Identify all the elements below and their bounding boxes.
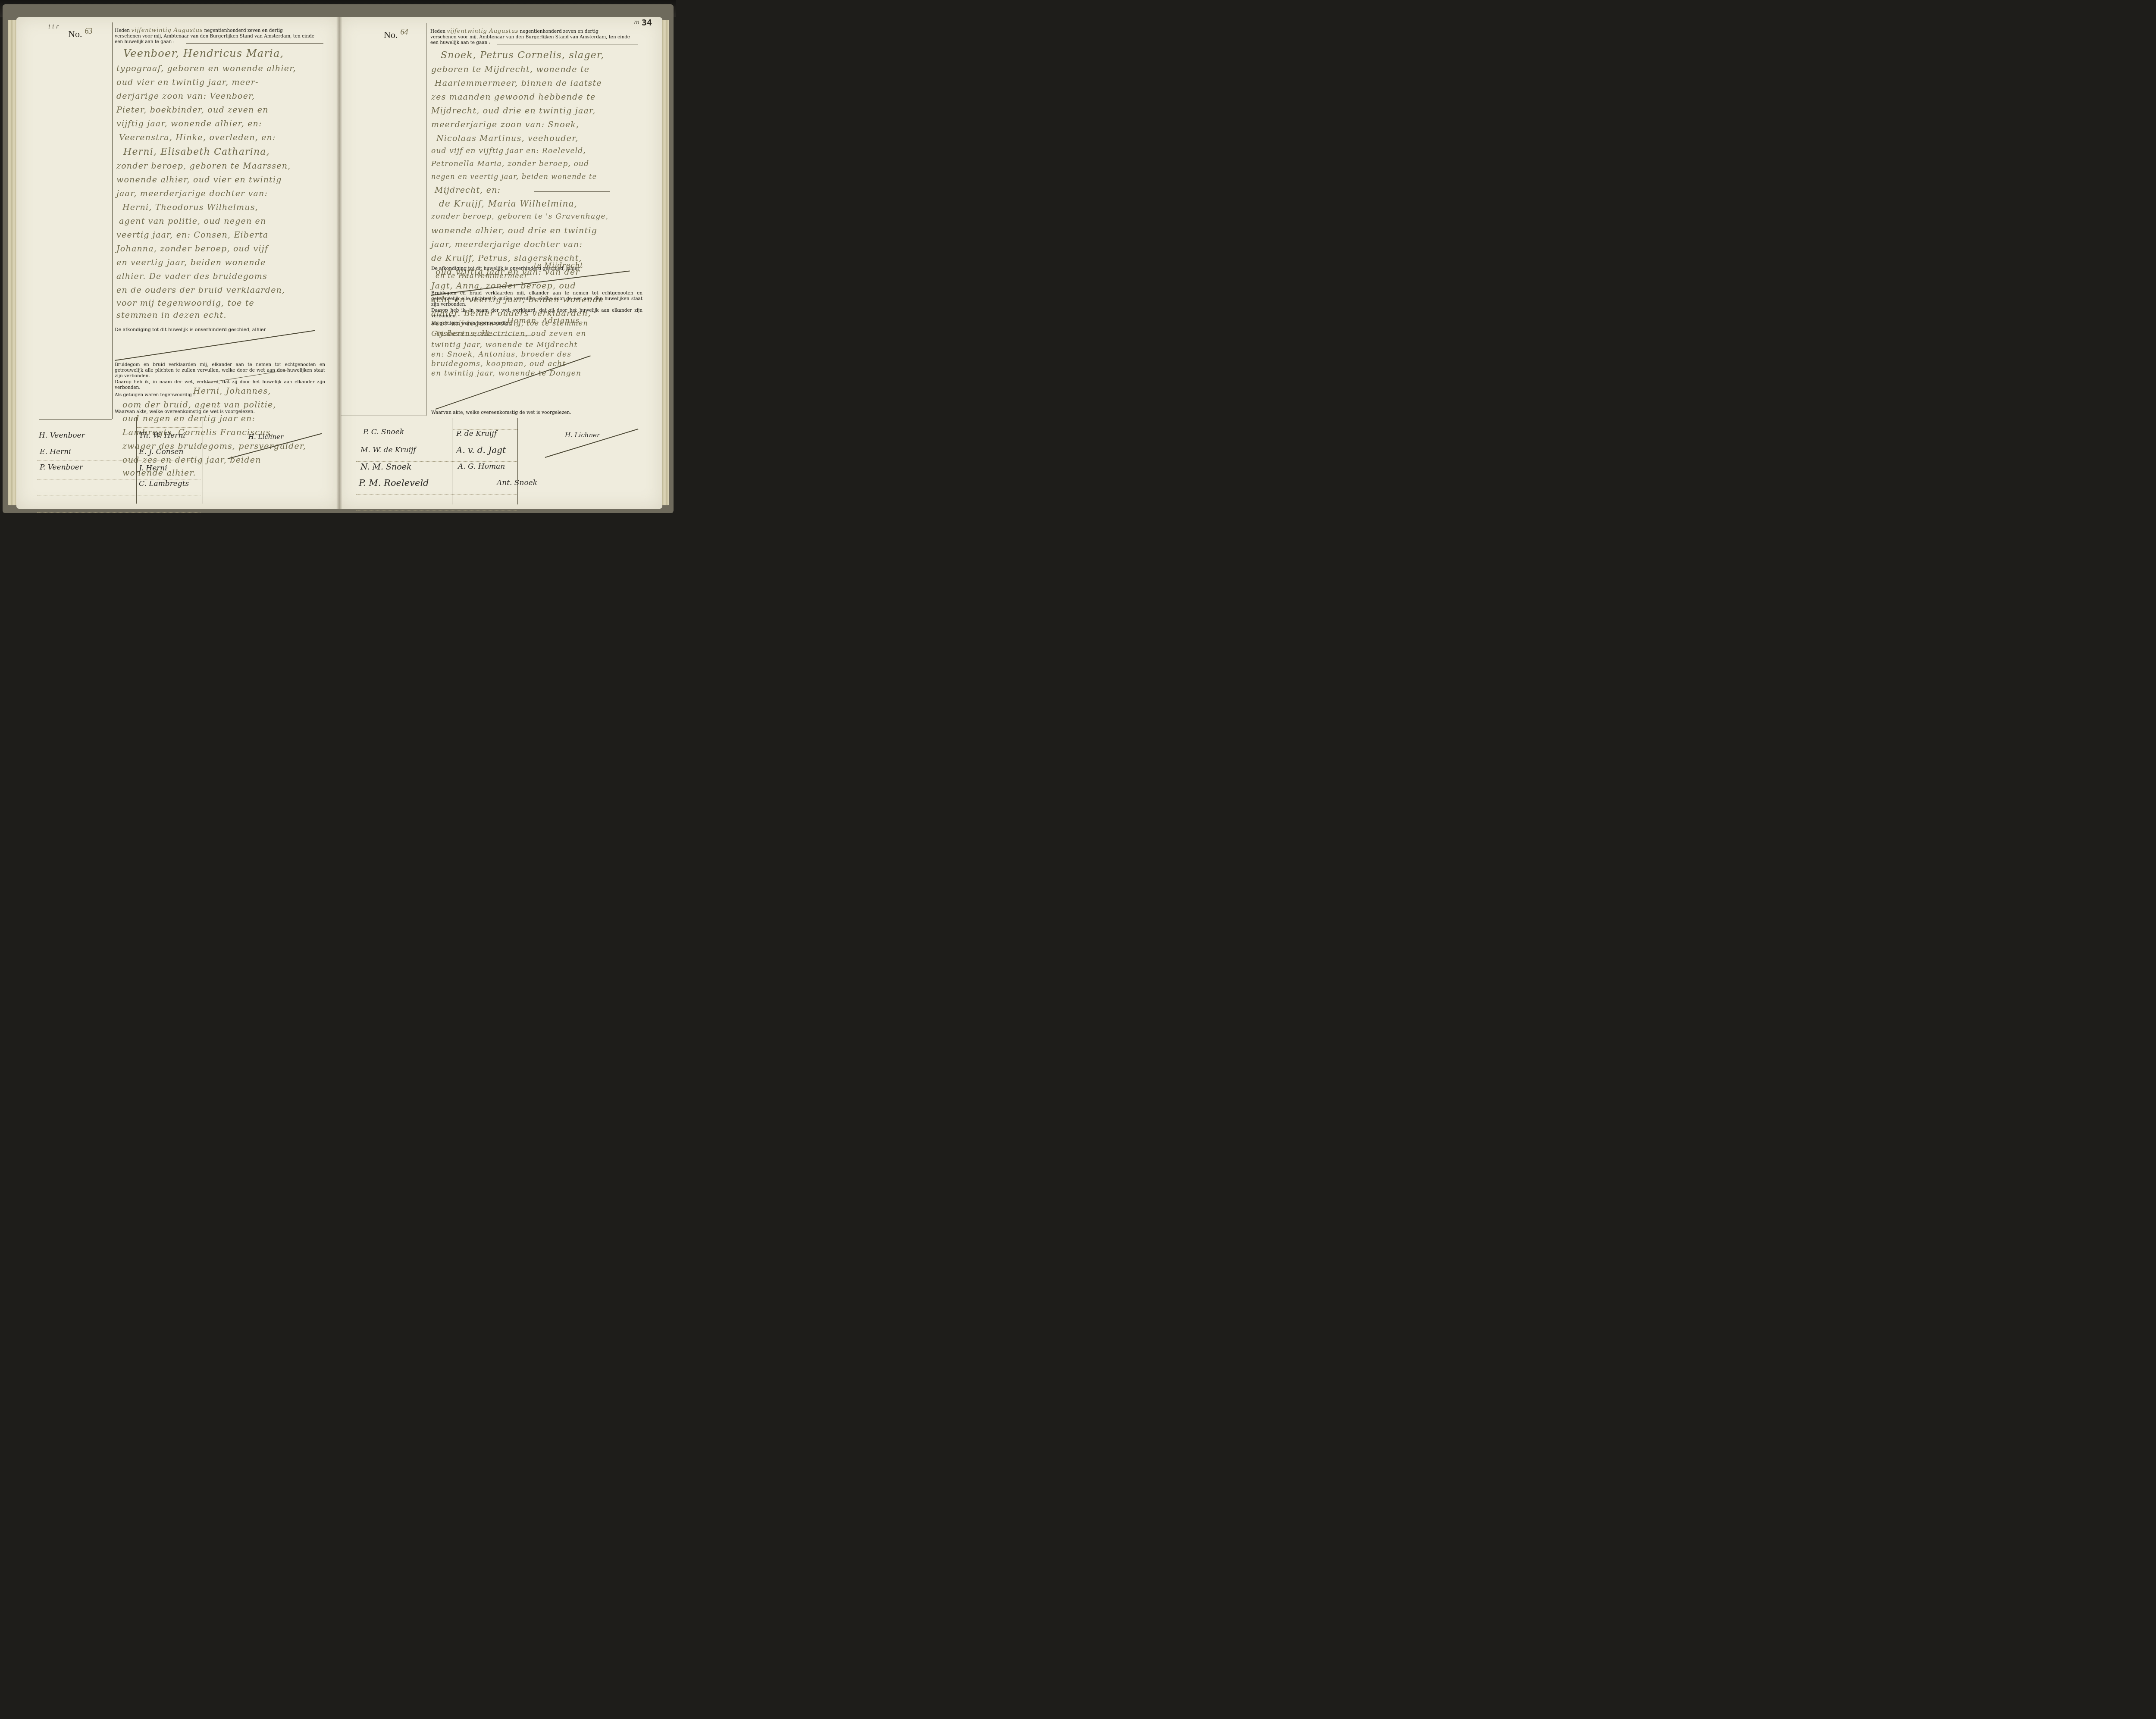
closing-statement: Waarvan akte, welke overeenkomstig de we… — [115, 409, 270, 414]
body-line: veertig jaar, en: Consen, Eiberta — [116, 230, 268, 240]
body-line: Haarlemmermeer, binnen de laatste — [435, 78, 602, 88]
signature-column-rule — [517, 418, 518, 504]
body-line: Veerenstra, Hinke, overleden, en: — [119, 133, 276, 142]
body-line: Nicolaas Martinus, veehouder, — [436, 134, 579, 143]
signature-column-rule — [136, 417, 137, 504]
body-line: zonder beroep, geboren te 's Gravenhage, — [431, 212, 608, 221]
afkondiging-place: te Mijdrecht — [534, 261, 583, 269]
margin-rule — [112, 22, 113, 419]
signature: A. v. d. Jagt — [456, 445, 506, 455]
margin-rule — [426, 23, 426, 416]
fill-line — [497, 44, 638, 44]
signature-line — [37, 495, 201, 495]
body-line: en de ouders der bruid verklaarden, — [116, 285, 285, 295]
signature: C. Lambregts — [139, 479, 189, 488]
margin-pencil-mark: i i ɾ — [48, 23, 59, 30]
body-line: Herni, Theodorus Wilhelmus, — [122, 203, 258, 212]
body-line: meerderjarige zoon van: Snoek, — [431, 120, 579, 129]
declaration-paragraph: Bruidegom en bruid verklaarden mij, elka… — [431, 291, 642, 307]
closing-statement: Waarvan akte, welke overeenkomstig de we… — [431, 410, 586, 415]
opening-paragraph: Heden vijfentwintig Augustus negentienho… — [115, 28, 325, 45]
signature: H. Veenboer — [39, 431, 85, 440]
body-line: Johanna, zonder beroep, oud vijf — [116, 244, 268, 254]
body-line: de Kruijf, Maria Wilhelmina, — [439, 198, 577, 209]
opening-paragraph: Heden vijfentwintig Augustus negentienho… — [430, 28, 642, 46]
fill-line — [256, 330, 306, 330]
signature: N. M. Snoek — [360, 462, 411, 472]
fill-line — [264, 412, 324, 412]
signature: M. W. de Kruijf — [360, 446, 416, 454]
margin-rule-bottom — [341, 416, 426, 416]
signature: A. G. Homan — [458, 462, 505, 471]
body-line: Veenboer, Hendricus Maria, — [123, 47, 284, 59]
body-line: Pieter, boekbinder, oud zeven en — [116, 105, 269, 115]
entry-number-label: No. — [68, 28, 82, 39]
witness-line: en: Snoek, Antonius, broeder des — [431, 350, 571, 359]
declaration-paragraph: Bruidegom en bruid verklaarden mij, elka… — [115, 362, 325, 379]
body-line: vijftig jaar, wonende alhier, en: — [116, 119, 262, 128]
fill-line — [534, 191, 610, 192]
witness-line: oom der bruid, agent van politie, — [122, 400, 276, 410]
date-handwritten: vijfentwintig Augustus — [131, 27, 203, 34]
body-line: jaar, meerderjarige dochter van: — [431, 240, 583, 249]
signature: E. Herni — [40, 448, 71, 456]
official-signature: H. Lichner — [248, 433, 283, 441]
witness-line: Homan, Adrianus — [507, 316, 580, 325]
body-line: oud vier en twintig jaar, meer- — [116, 78, 259, 87]
official-signature: H. Lichner — [565, 431, 600, 439]
body-line: wonende alhier, oud drie en twintig — [431, 226, 597, 235]
entry-number-value: 63 — [85, 27, 92, 35]
entry-number-value: 64 — [400, 28, 408, 36]
book-gutter — [336, 17, 342, 509]
signature-line — [356, 461, 517, 462]
strike-line — [115, 330, 315, 361]
body-line: Snoek, Petrus Cornelis, slager, — [441, 50, 604, 61]
signature-line — [37, 512, 201, 513]
body-line: en veertig jaar, beiden wonende — [116, 258, 266, 267]
signature: Th. W. Herni — [139, 431, 185, 440]
signature: P. C. Snoek — [363, 428, 404, 436]
pencil-page-mark: m — [634, 19, 639, 26]
body-line: Mijdrecht, oud drie en twintig jaar, — [431, 106, 595, 116]
year-printed: negentienhonderd zeven en dertig — [204, 28, 283, 33]
heden-label: Heden — [115, 28, 130, 33]
signature-line — [356, 494, 517, 495]
body-line: voor mij tegenwoordig, toe te — [116, 298, 254, 308]
year-printed: negentienhonderd zeven en dertig — [520, 29, 599, 34]
signature: P. M. Roeleveld — [359, 478, 429, 488]
witness-line: twintig jaar, wonende te Mijdrecht — [431, 341, 578, 349]
page-edges-right — [661, 20, 669, 505]
signature: P. de Kruijf — [456, 429, 497, 438]
body-line: Mijdrecht, en: — [435, 185, 501, 195]
signature-column-rule — [203, 417, 203, 504]
signature: E. J. Consen — [139, 448, 183, 456]
heden-label: Heden — [430, 29, 445, 34]
opening-line-2: verschenen voor mij, Ambtenaar van den B… — [430, 34, 630, 40]
entry-number: No.63 — [68, 27, 92, 40]
signature: Ant. Snoek — [497, 479, 537, 487]
body-line: typograaf, geboren en wonende alhier, — [116, 64, 296, 73]
body-line: jaar, meerderjarige dochter van: — [116, 189, 268, 198]
signature-line — [356, 510, 517, 511]
witnesses-label: Als getuigen waren tegenwoordig : — [115, 392, 201, 398]
body-line: zes maanden gewoond hebbende te — [431, 92, 595, 102]
signature: P. Veenboer — [40, 463, 83, 472]
body-line: negen en veertig jaar, beiden wonende te — [431, 172, 597, 181]
afkondiging-place-2: en te Haarlemmermeer — [436, 272, 528, 280]
body-line: wonende alhier, oud vier en twintig — [116, 175, 282, 185]
body-line: alhier. De vader des bruidegoms — [116, 272, 267, 281]
opening-line-3: een huwelijk aan te gaan : — [430, 40, 490, 45]
body-line: oud vijf en vijftig jaar en: Roeleveld, — [431, 147, 586, 155]
opening-line-2: verschenen voor mij, Ambtenaar van den B… — [115, 34, 314, 39]
witness-line: bruidegoms, koopman, oud acht — [431, 360, 566, 368]
signature: J. Herni — [139, 464, 167, 473]
body-line: geboren te Mijdrecht, wonende te — [431, 65, 589, 74]
body-line: zonder beroep, geboren te Maarssen, — [116, 161, 291, 171]
signature-line — [137, 427, 202, 428]
witness-line: Gijsbertus, electricien, oud zeven en — [431, 329, 586, 338]
page-edges-left — [8, 20, 17, 505]
body-line: Petronella Maria, zonder beroep, oud — [431, 160, 589, 168]
body-line: agent van politie, oud negen en — [119, 216, 266, 226]
fill-line — [186, 43, 323, 44]
signature-line — [37, 460, 201, 460]
witness-line: Herni, Johannes, — [193, 386, 271, 396]
entry-number: No.64 — [384, 28, 408, 41]
witness-line: oud negen en dertig jaar en: — [122, 414, 255, 423]
body-line: derjarige zoon van: Veenboer, — [116, 91, 255, 101]
margin-rule-bottom — [39, 419, 112, 420]
page-number: 34 — [642, 17, 652, 28]
opening-line-3: een huwelijk aan te gaan : — [115, 39, 175, 44]
date-handwritten: vijfentwintig Augustus — [447, 28, 518, 34]
body-line: stemmen in dezen echt. — [116, 310, 227, 320]
witness-line: en twintig jaar, wonende te Dongen — [431, 369, 581, 378]
body-line: Herni, Elisabeth Catharina, — [123, 147, 270, 157]
entry-number-label: No. — [384, 29, 398, 40]
